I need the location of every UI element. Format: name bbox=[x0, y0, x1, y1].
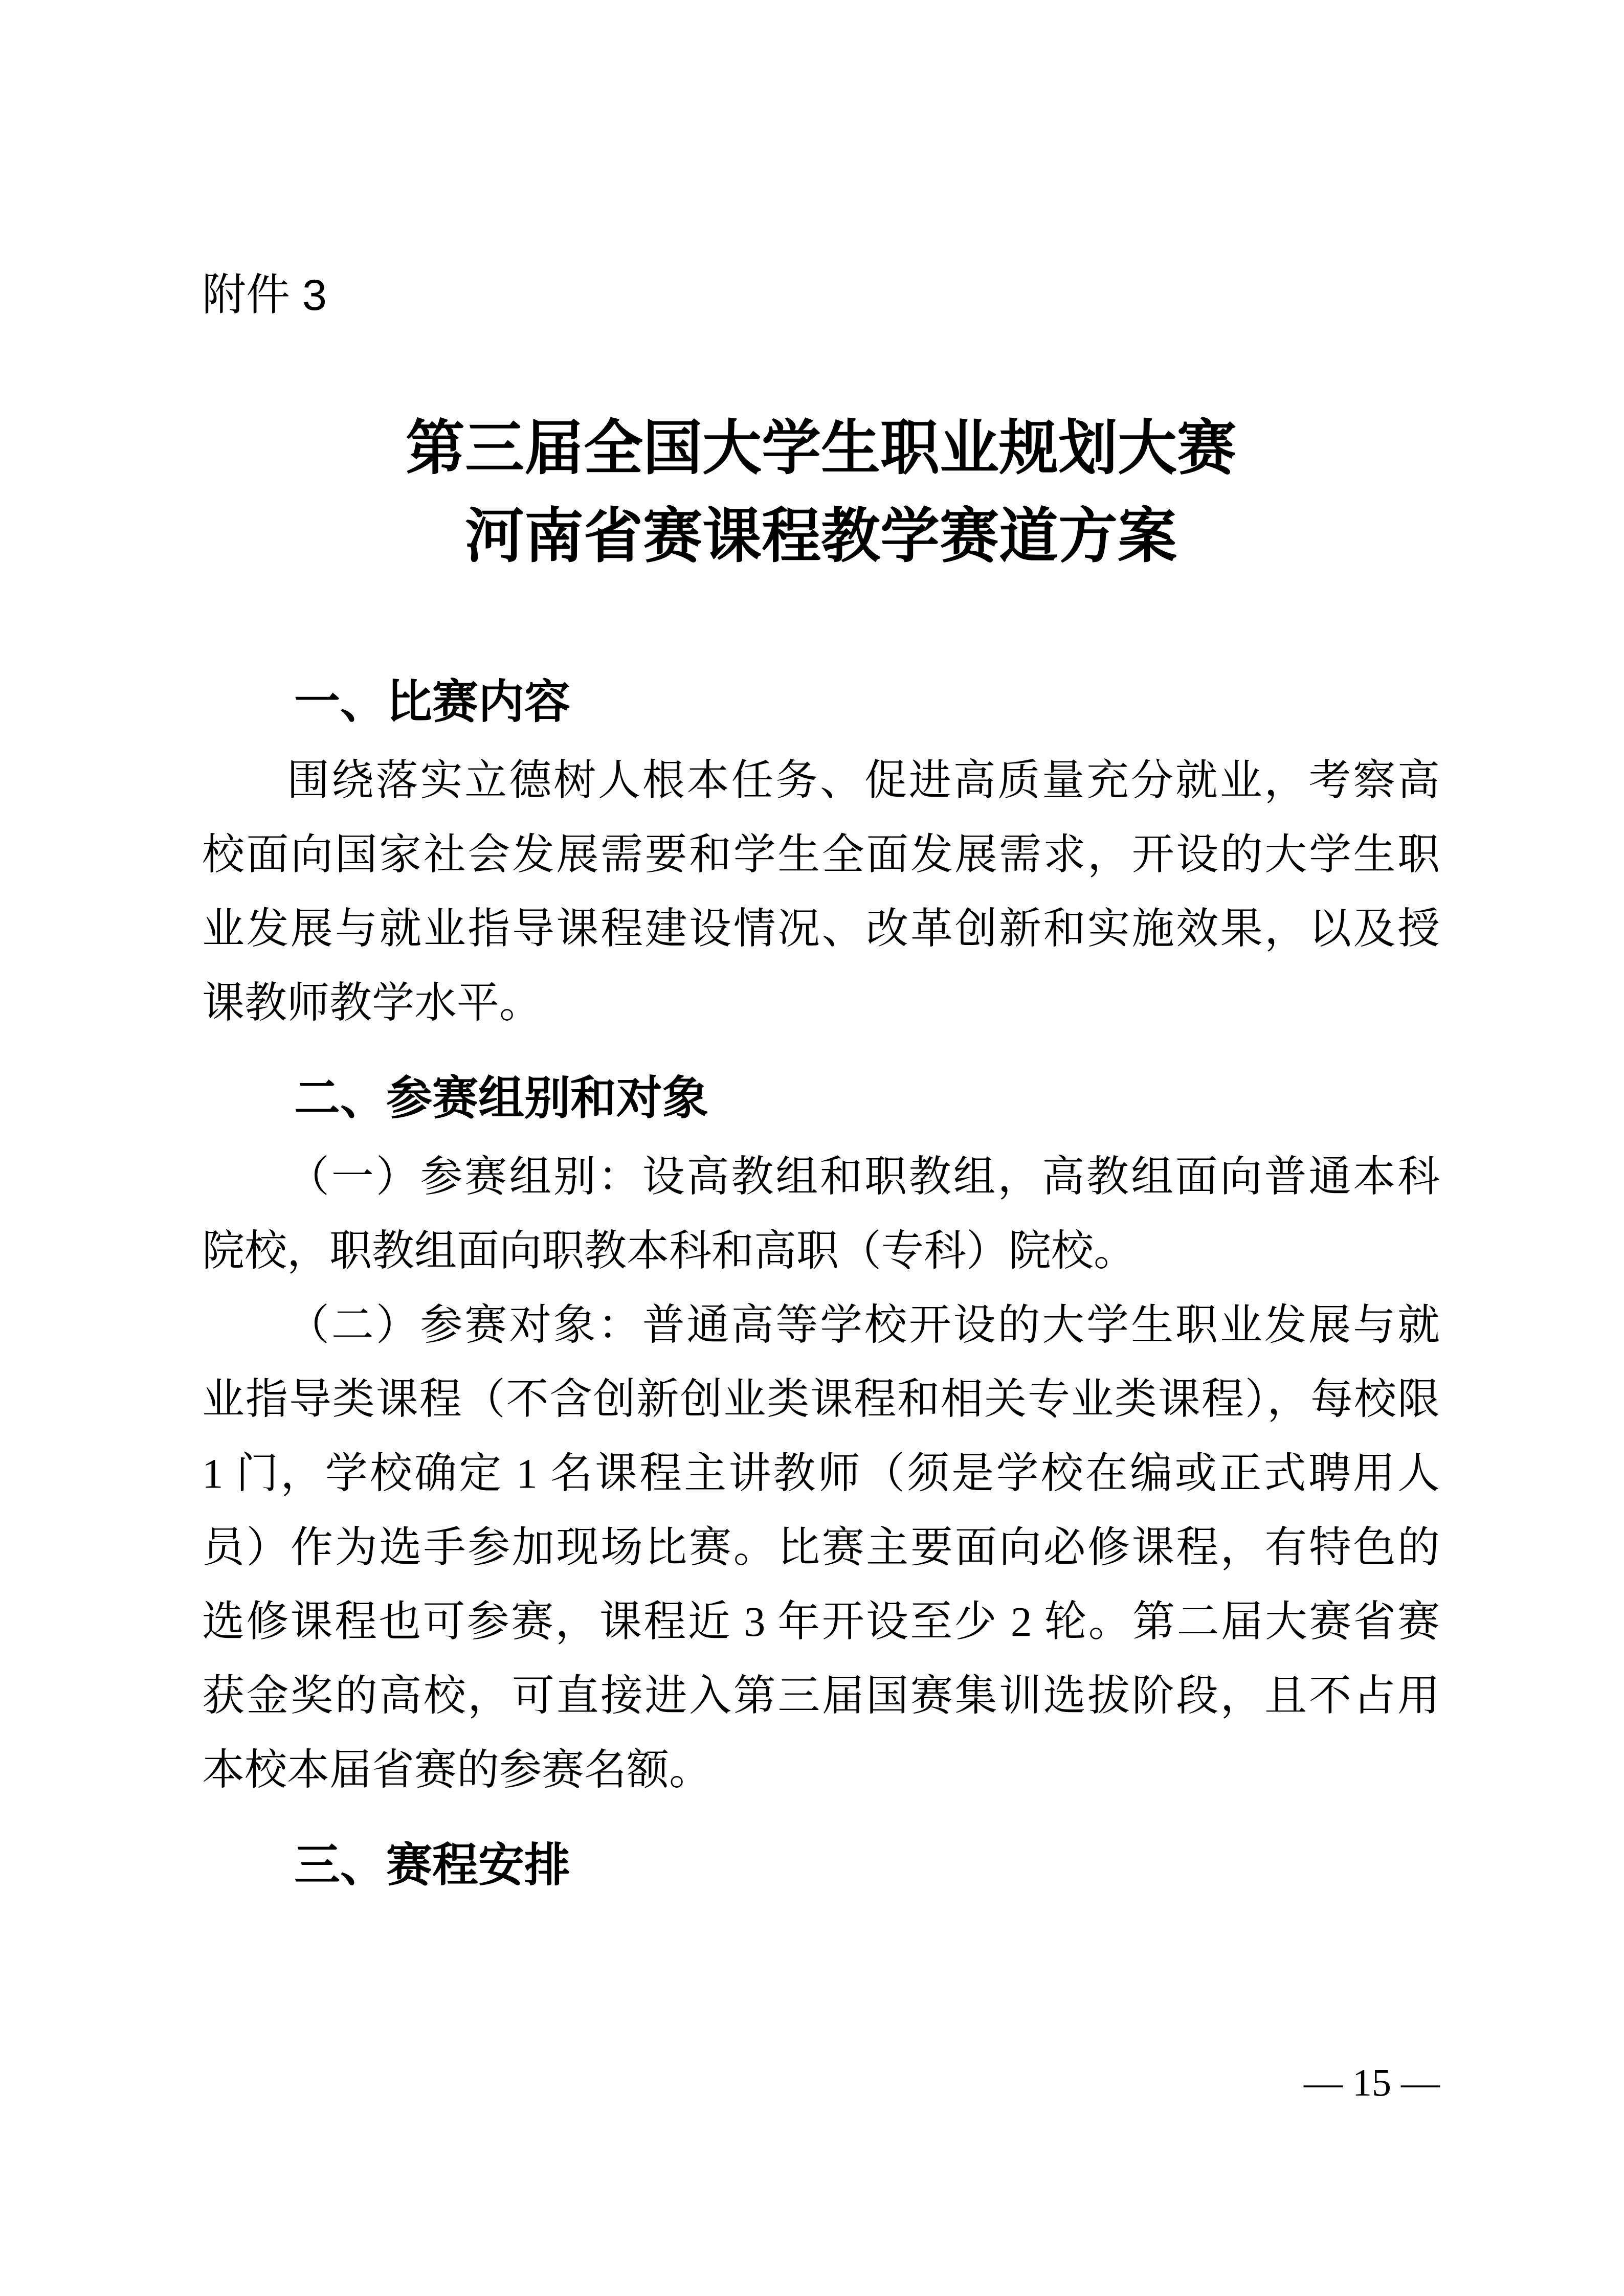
paragraph-line: 业指导类课程（不含创新创业类课程和相关专业类课程），每校限 bbox=[202, 1362, 1440, 1436]
attachment-label: 附件 3 bbox=[202, 258, 1440, 332]
document-title-line-1: 第三届全国大学生职业规划大赛 bbox=[202, 405, 1440, 493]
section-1-paragraph-1: 围绕落实立德树人根本任务、促进高质量充分就业，考察高 校面向国家社会发展需要和学… bbox=[202, 744, 1440, 1040]
paragraph-line: 业发展与就业指导课程建设情况、改革创新和实施效果，以及授 bbox=[202, 892, 1440, 966]
paragraph-line: 本校本届省赛的参赛名额。 bbox=[202, 1733, 1440, 1807]
section-2-paragraph-2: （二）参赛对象：普通高等学校开设的大学生职业发展与就 业指导类课程（不含创新创业… bbox=[202, 1288, 1440, 1807]
section-1-heading: 一、比赛内容 bbox=[202, 665, 1440, 739]
document-content: 附件 3 第三届全国大学生职业规划大赛 河南省赛课程教学赛道方案 一、比赛内容 … bbox=[202, 258, 1440, 1907]
paragraph-line: 获金奖的高校，可直接进入第三届国赛集训选拔阶段，且不占用 bbox=[202, 1659, 1440, 1733]
section-2-paragraph-1: （一）参赛组别：设高教组和职教组，高教组面向普通本科 院校，职教组面向职教本科和… bbox=[202, 1140, 1440, 1288]
document-page: 附件 3 第三届全国大学生职业规划大赛 河南省赛课程教学赛道方案 一、比赛内容 … bbox=[0, 0, 1624, 2296]
paragraph-line: 选修课程也可参赛，课程近 3 年开设至少 2 轮。第二届大赛省赛 bbox=[202, 1585, 1440, 1659]
paragraph-line: 院校，职教组面向职教本科和高职（专科）院校。 bbox=[202, 1214, 1440, 1288]
paragraph-line: 围绕落实立德树人根本任务、促进高质量充分就业，考察高 bbox=[202, 744, 1440, 818]
section-3-heading: 三、赛程安排 bbox=[202, 1829, 1440, 1903]
paragraph-line: 1 门，学校确定 1 名课程主讲教师（须是学校在编或正式聘用人 bbox=[202, 1436, 1440, 1511]
paragraph-line: 员）作为选手参加现场比赛。比赛主要面向必修课程，有特色的 bbox=[202, 1511, 1440, 1585]
paragraph-line: 课教师教学水平。 bbox=[202, 966, 1440, 1040]
page-number: — 15 — bbox=[1304, 2055, 1440, 2111]
paragraph-line: （一）参赛组别：设高教组和职教组，高教组面向普通本科 bbox=[202, 1140, 1440, 1214]
document-title-line-2: 河南省赛课程教学赛道方案 bbox=[202, 493, 1440, 581]
section-2-heading: 二、参赛组别和对象 bbox=[202, 1062, 1440, 1136]
document-title: 第三届全国大学生职业规划大赛 河南省赛课程教学赛道方案 bbox=[202, 405, 1440, 581]
paragraph-line: （二）参赛对象：普通高等学校开设的大学生职业发展与就 bbox=[202, 1288, 1440, 1362]
paragraph-line: 校面向国家社会发展需要和学生全面发展需求，开设的大学生职 bbox=[202, 818, 1440, 892]
